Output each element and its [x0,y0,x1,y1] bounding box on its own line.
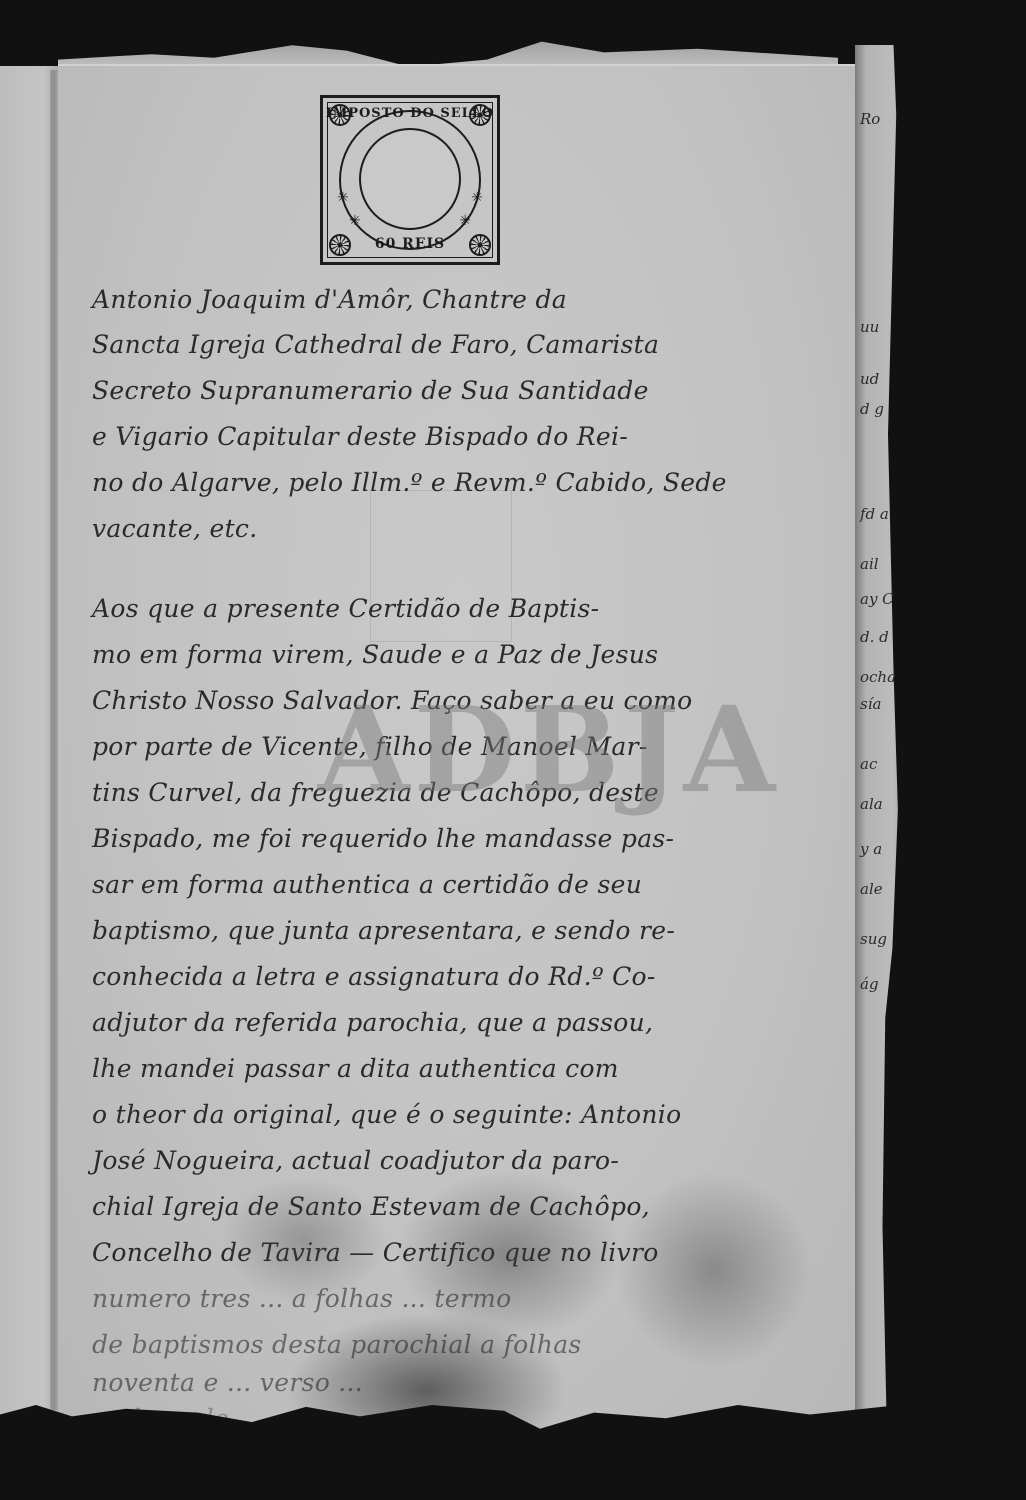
margin-fragment: sug [860,930,887,948]
heading-line: vacante, etc. [92,514,812,543]
body-line: noventa e ... verso ... [92,1368,812,1397]
stamp-title: IMPOSTO DO SELLO [323,106,497,121]
heading-line: Sancta Igreja Cathedral de Faro, Camaris… [92,330,812,359]
binding-gutter [50,70,58,1410]
scanned-document: Ro uu ud d g fd a ail ay C d. d ocha sía… [0,0,1026,1500]
star-icon: ✳ [337,190,349,206]
margin-fragment: sía [860,695,881,713]
margin-fragment: d g [860,400,884,418]
margin-fragment: y a [860,840,882,858]
body-line: lhe mandei passar a dita authentica com [92,1054,812,1083]
margin-fragment: Ro [860,110,880,128]
heading-line: e Vigario Capitular deste Bispado do Rei… [92,422,812,451]
heading-line: Antonio Joaquim d'Amôr, Chantre da [92,285,812,314]
margin-fragment: d. d [860,628,889,646]
body-line: Christo Nosso Salvador. Faço saber a eu … [92,686,812,715]
body-line: Bispado, me foi requerido lhe mandasse p… [92,824,812,853]
stamp-value: 60 REIS [323,236,497,252]
margin-fragment: ág [860,975,879,993]
margin-fragment: ud [860,370,879,388]
star-icon: ✳ [349,213,361,229]
margin-fragment: ay C [860,590,894,608]
torn-bottom-edge [0,1405,900,1500]
body-line: Aos que a presente Certidão de Baptis- [92,594,812,623]
body-line: tins Curvel, da freguezia de Cachôpo, de… [92,778,812,807]
body-line: sar em forma authentica a certidão de se… [92,870,812,899]
margin-fragment: ala [860,795,883,813]
body-line: mo em forma virem, Saude e a Paz de Jesu… [92,640,812,669]
margin-fragment: uu [860,318,879,336]
stamp-inner-circle [359,128,461,230]
star-icon: ✳ [471,190,483,206]
body-line: baptismo, que junta apresentara, e sendo… [92,916,812,945]
next-leaf-edge [855,45,910,1435]
star-icon: ✳ [459,213,471,229]
margin-fragment: ocha [860,668,896,686]
heading-line: no do Algarve, pelo Illm.º e Revm.º Cabi… [92,468,812,497]
margin-fragment: ail [860,555,879,573]
body-line: adjutor da referida parochia, que a pass… [92,1008,812,1037]
margin-fragment: fd a [860,505,889,523]
body-line: por parte de Vicente, filho de Manoel Ma… [92,732,812,761]
body-line: o theor da original, que é o seguinte: A… [92,1100,812,1129]
body-line: Concelho de Tavira — Certifico que no li… [92,1238,812,1267]
margin-fragment: ale [860,880,883,898]
body-line: José Nogueira, actual coadjutor da paro- [92,1146,812,1175]
heading-line: Secreto Supranumerario de Sua Santidade [92,376,812,405]
margin-fragment: ac [860,755,877,773]
body-line: numero tres ... a folhas ... termo [92,1284,812,1313]
tax-stamp: ✳ ✳ ✳ ✳ IMPOSTO DO SELLO 60 REIS [320,95,500,265]
body-line: chial Igreja de Santo Estevam de Cachôpo… [92,1192,812,1221]
body-line: de baptismos desta parochial a folhas [92,1330,812,1359]
body-line: conhecida a letra e assignatura do Rd.º … [92,962,812,991]
